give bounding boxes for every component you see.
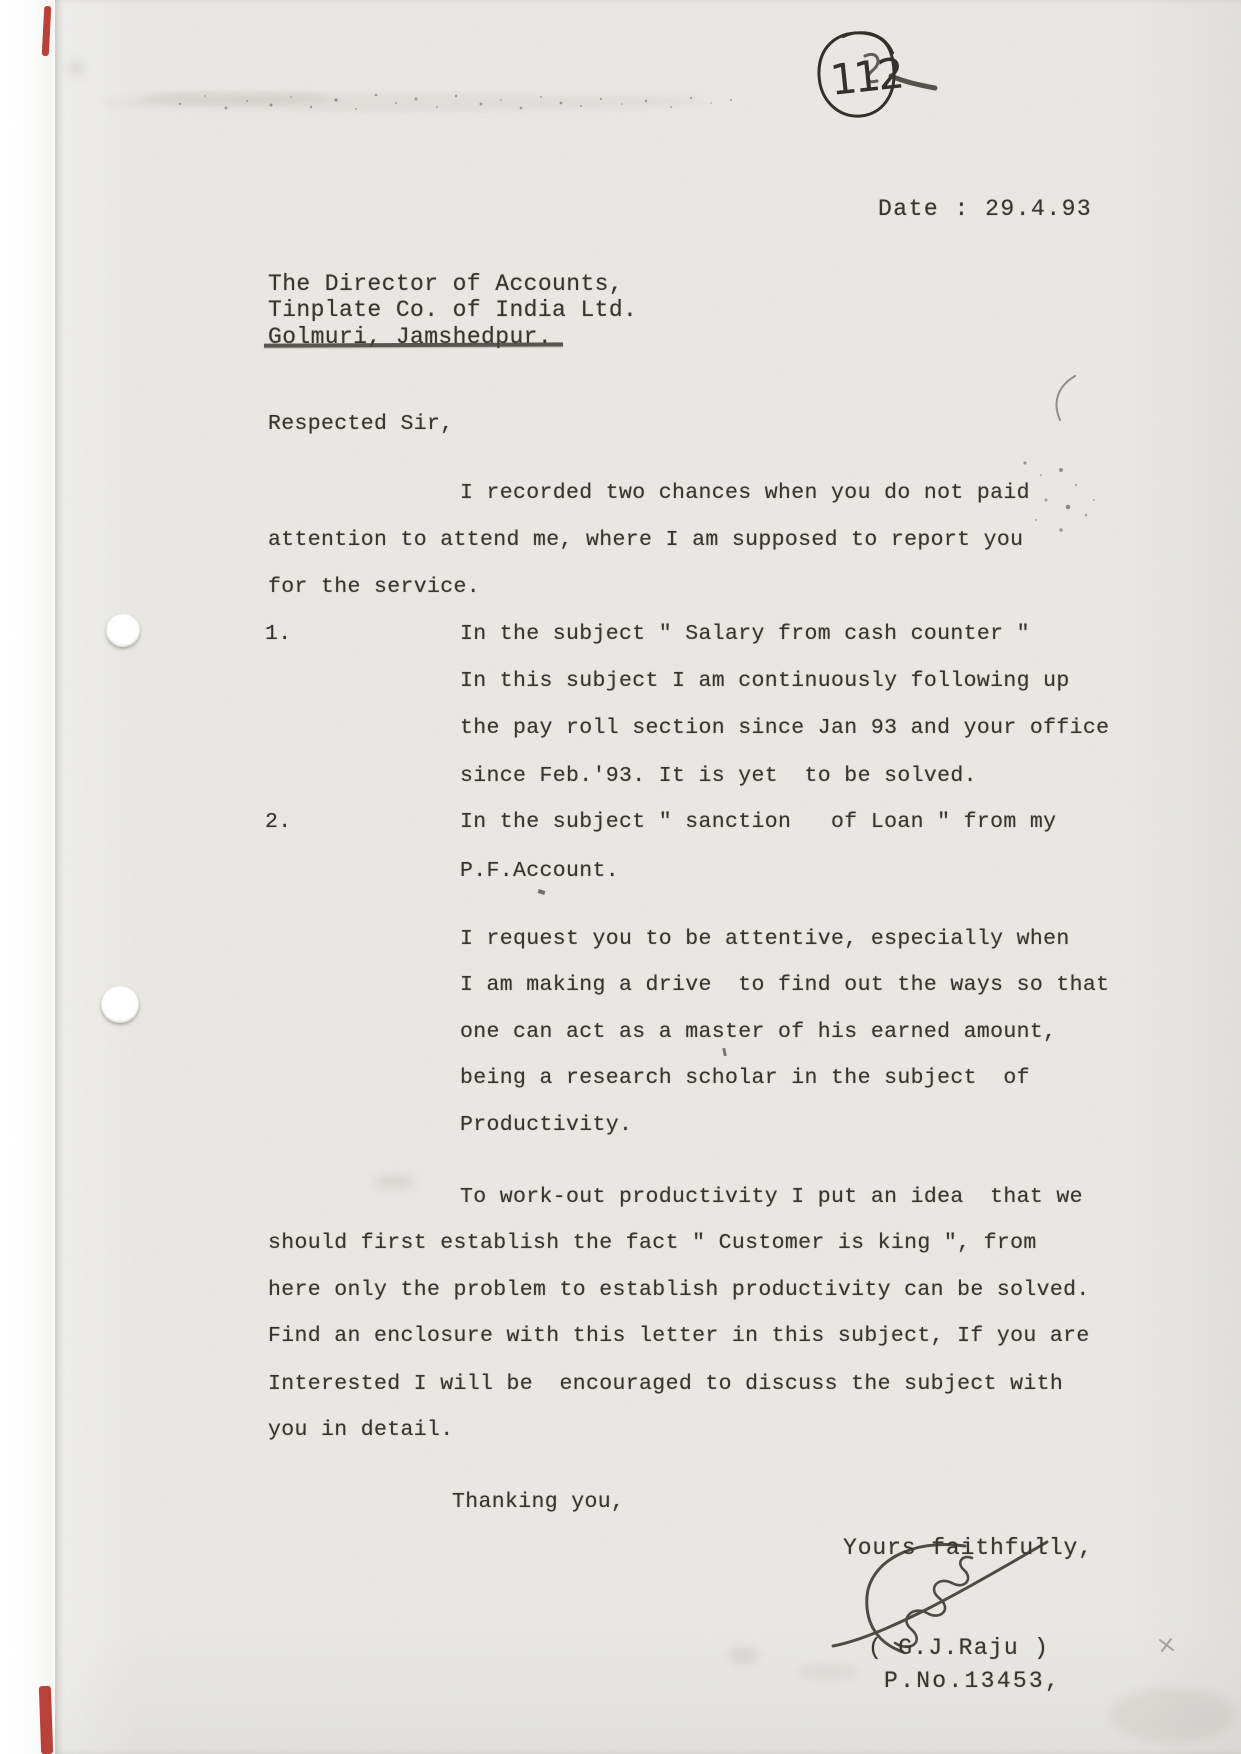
smudge-band (85, 72, 775, 132)
body-line: since Feb.'93. It is yet to be solved. (460, 764, 977, 788)
body-line: In the subject " sanction of Loan " from… (460, 810, 1056, 834)
smudge-spot (373, 1176, 415, 1188)
smudge-spot (67, 60, 85, 76)
smudge-spot (797, 1666, 859, 1677)
closing-thanks: Thanking you, (452, 1490, 624, 1514)
paper-texture (55, 0, 1241, 1754)
pen-mark (1043, 372, 1085, 424)
list-item-number: 1. (265, 622, 292, 646)
body-line: Productivity. (460, 1113, 632, 1137)
punch-hole-bottom (101, 986, 139, 1023)
body-line: In this subject I am continuously follow… (460, 669, 1070, 693)
scanned-letter-page: 112 Date : 29.4.93 The Director of Accou… (55, 0, 1241, 1754)
body-line: one can act as a master of his earned am… (460, 1020, 1056, 1044)
body-line: In the subject " Salary from cash counte… (460, 622, 1030, 646)
body-line: I recorded two chances when you do not p… (460, 481, 1030, 505)
punch-hole-top (106, 614, 140, 647)
page-number-annotation: 112 (803, 26, 953, 131)
smudge-spot (1110, 1688, 1235, 1743)
salutation: Respected Sir, (268, 412, 454, 436)
ink-speckles (1005, 445, 1115, 550)
signatory-name: ( G.J.Raju ) (868, 1636, 1049, 1660)
body-line: I request you to be attentive, especiall… (460, 927, 1070, 951)
smudge-spot (727, 1648, 759, 1663)
scan-background: 112 Date : 29.4.93 The Director of Accou… (0, 0, 1241, 1754)
body-line: attention to attend me, where I am suppo… (268, 528, 1023, 552)
recipient-line: The Director of Accounts, (268, 272, 623, 296)
red-edge-mark-bottom (39, 1686, 53, 1754)
red-edge-mark-top (42, 6, 52, 56)
body-line: you in detail. (268, 1418, 454, 1442)
body-line: I am making a drive to find out the ways… (460, 973, 1109, 997)
body-line: the pay roll section since Jan 93 and yo… (460, 716, 1109, 740)
recipient-line: Tinplate Co. of India Ltd. (268, 298, 637, 322)
body-line: here only the problem to establish produ… (268, 1278, 1090, 1302)
body-line: P.F.Account. (460, 859, 619, 883)
body-line: being a research scholar in the subject … (460, 1066, 1030, 1090)
pen-mark (1157, 1636, 1179, 1656)
body-line: To work-out productivity I put an idea t… (460, 1185, 1083, 1209)
body-line: Find an enclosure with this letter in th… (268, 1324, 1090, 1348)
signatory-id: P.No.13453, (884, 1669, 1061, 1693)
body-line: for the service. (268, 575, 480, 599)
date-line: Date : 29.4.93 (878, 197, 1092, 221)
body-line: Interested I will be encouraged to discu… (268, 1372, 1063, 1396)
body-line: should first establish the fact " Custom… (268, 1231, 1037, 1255)
list-item-number: 2. (265, 810, 292, 834)
